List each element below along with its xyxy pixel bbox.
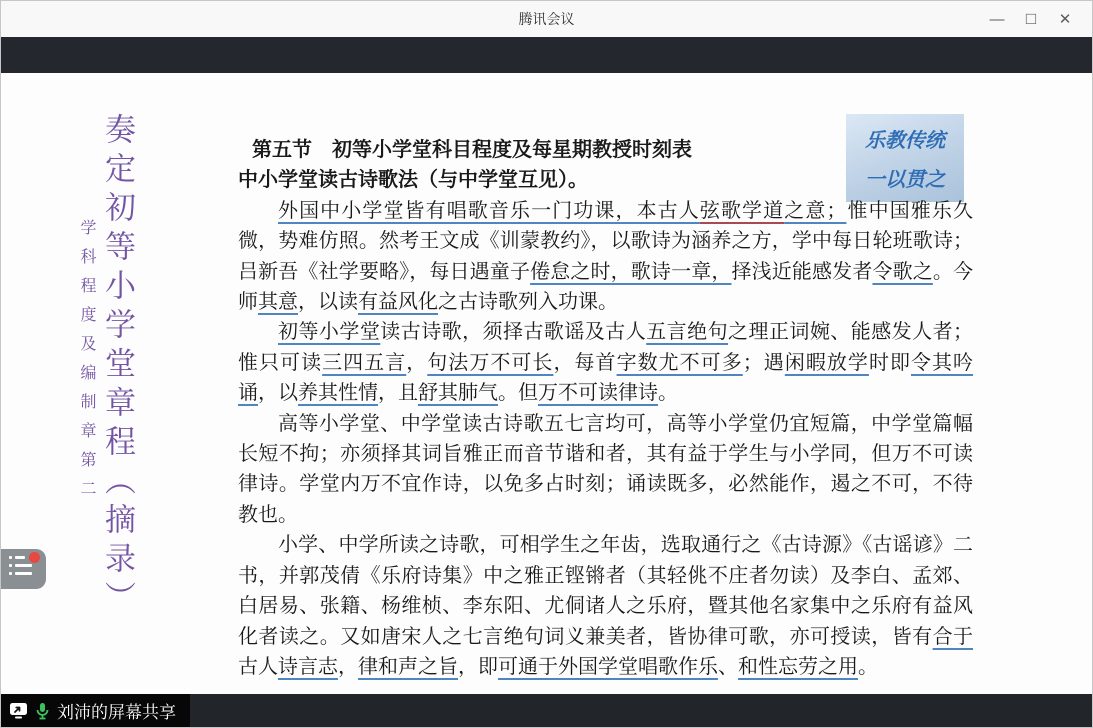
document-paragraph: 小学、中学所读之诗歌，可相学生之年齿，选取通行之《古诗源》《古谣谚》二书，并郭茂… <box>238 530 973 682</box>
share-label: 刘沛的屏幕共享 <box>57 698 176 723</box>
section-subheading: 中小学堂读古诗歌法（与中学堂互见）。 <box>238 165 973 195</box>
document-paragraphs: 外国中小学堂皆有唱歌音乐一门功课，本古人弦歌学道之意；惟中国雅乐久微，势难仿照。… <box>238 196 973 683</box>
document-side-title: 奏定初等小学堂章程（摘录） <box>95 113 140 620</box>
tencent-meeting-window: 腾讯会议 — □ ✕ 奏定初等小学堂章程（摘录） 学科程度及编制章第二 乐教传统… <box>0 0 1093 728</box>
screen-share-icon <box>9 702 28 719</box>
document-text: 第五节 初等小学堂科目程度及每星期教授时刻表 中小学堂读古诗歌法（与中学堂互见）… <box>238 135 973 682</box>
window-controls: — □ ✕ <box>980 1 1082 37</box>
minimize-button[interactable]: — <box>980 1 1014 37</box>
document-paragraph: 高等小学堂、中学堂读古诗歌五七言均可，高等小学堂仍宜短篇，中学堂篇幅长短不拘；亦… <box>238 409 973 531</box>
document-paragraph: 初等小学堂读古诗歌，须择古歌谣及古人五言绝句之理正词婉、能感发人者；惟只可读三四… <box>238 317 973 408</box>
notification-side-tab[interactable] <box>1 549 46 589</box>
microphone-icon <box>35 702 50 720</box>
bottom-bar: 刘沛的屏幕共享 <box>1 694 1092 727</box>
shared-screen-content: 奏定初等小学堂章程（摘录） 学科程度及编制章第二 乐教传统 一以贯之 第五节 初… <box>1 73 1092 694</box>
notification-badge-dot <box>29 552 40 563</box>
screen-share-indicator[interactable]: 刘沛的屏幕共享 <box>1 694 190 727</box>
meeting-toolbar-strip <box>1 37 1092 73</box>
window-title: 腾讯会议 <box>519 9 575 29</box>
maximize-button[interactable]: □ <box>1014 1 1048 37</box>
titlebar: 腾讯会议 — □ ✕ <box>1 1 1092 37</box>
document-paragraph: 外国中小学堂皆有唱歌音乐一门功课，本古人弦歌学道之意；惟中国雅乐久微，势难仿照。… <box>238 196 973 318</box>
close-button[interactable]: ✕ <box>1048 1 1082 37</box>
section-heading: 第五节 初等小学堂科目程度及每星期教授时刻表 <box>238 135 973 165</box>
document-side-subtitle: 学科程度及编制章第二 <box>75 219 98 509</box>
